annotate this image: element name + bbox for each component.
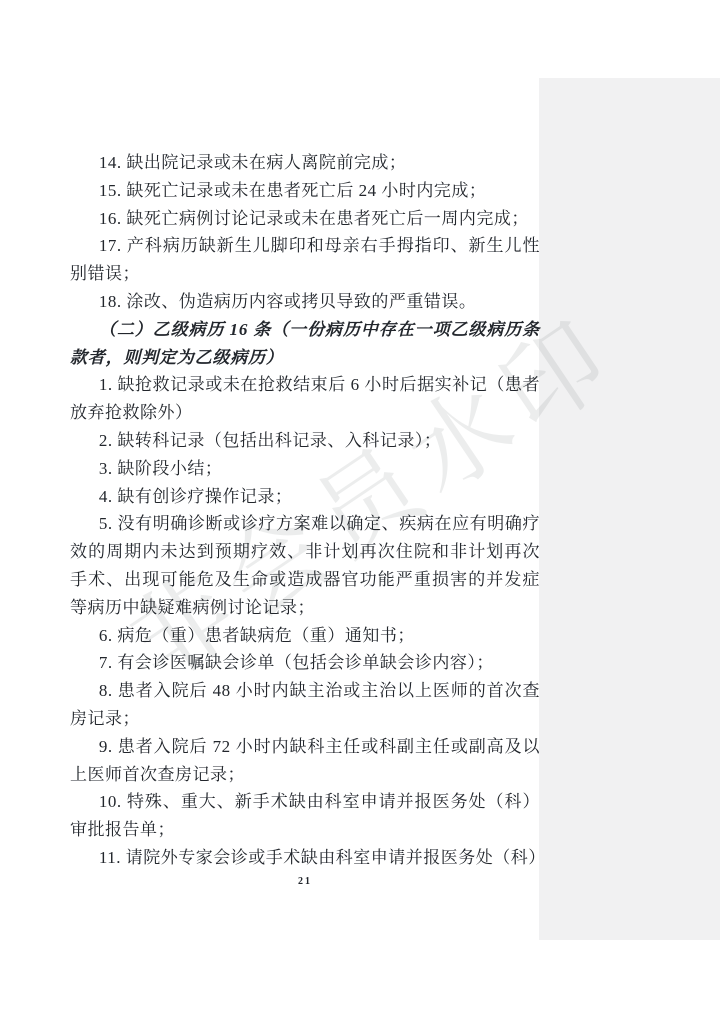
list-item-7: 7. 有会诊医嘱缺会诊单（包括会诊单缺会诊内容）；	[70, 649, 540, 677]
list-item-8: 8. 患者入院后 48 小时内缺主治或主治以上医师的首次查房记录；	[70, 677, 540, 733]
list-item-10: 10. 特殊、重大、新手术缺由科室申请并报医务处（科）审批报告单；	[70, 788, 540, 844]
list-item-16: 16. 缺死亡病例讨论记录或未在患者死亡后一周内完成；	[70, 205, 540, 233]
list-item-6: 6. 病危（重）患者缺病危（重）通知书；	[70, 622, 540, 650]
list-item-3: 3. 缺阶段小结；	[70, 455, 540, 483]
right-gutter-panel	[539, 78, 720, 940]
page-number: 21	[70, 876, 540, 887]
list-item-1: 1. 缺抢救记录或未在抢救结束后 6 小时后据实补记（患者放弃抢救除外）	[70, 371, 540, 427]
list-item-17: 17. 产科病历缺新生儿脚印和母亲右手拇指印、新生儿性别错误；	[70, 232, 540, 288]
list-item-4: 4. 缺有创诊疗操作记录；	[70, 483, 540, 511]
list-item-15: 15. 缺死亡记录或未在患者死亡后 24 小时内完成；	[70, 177, 540, 205]
list-item-11: 11. 请院外专家会诊或手术缺由科室申请并报医务处（科）	[70, 844, 540, 872]
list-item-2: 2. 缺转科记录（包括出科记录、入科记录）；	[70, 427, 540, 455]
list-item-14: 14. 缺出院记录或未在病人离院前完成；	[70, 149, 540, 177]
list-item-5: 5. 没有明确诊断或诊疗方案难以确定、疾病在应有明确疗效的周期内未达到预期疗效、…	[70, 510, 540, 621]
document-page: 14. 缺出院记录或未在病人离院前完成； 15. 缺死亡记录或未在患者死亡后 2…	[0, 0, 720, 1019]
list-item-18: 18. 涂改、伪造病历内容或拷贝导致的严重错误。	[70, 288, 540, 316]
section-heading-grade-b: （二）乙级病历 16 条（一份病历中存在一项乙级病历条款者，则判定为乙级病历）	[70, 316, 540, 372]
list-item-9: 9. 患者入院后 72 小时内缺科主任或科副主任或副高及以上医师首次查房记录；	[70, 733, 540, 789]
document-body: 14. 缺出院记录或未在病人离院前完成； 15. 缺死亡记录或未在患者死亡后 2…	[70, 149, 540, 872]
